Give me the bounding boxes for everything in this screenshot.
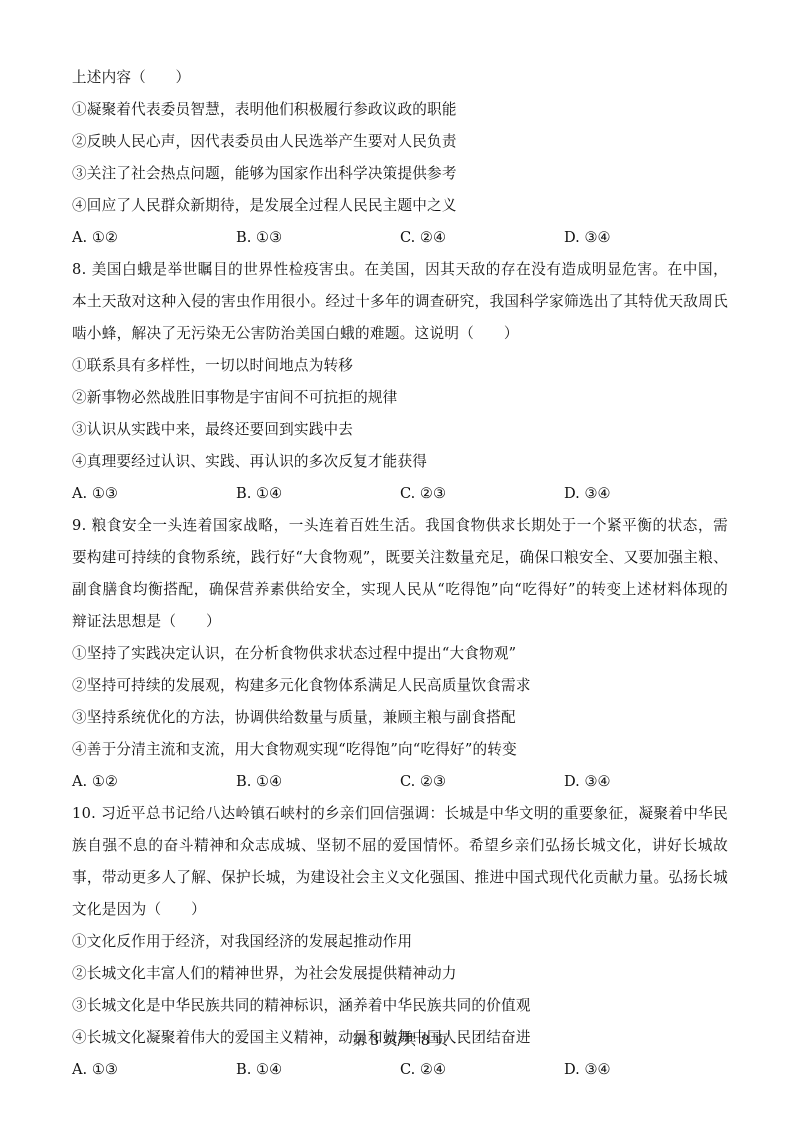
statement-1: ①凝聚着代表委员智慧，表明他们积极履行参政议政的职能 [72, 94, 728, 126]
answer-options: A. ①② B. ①③ C. ②④ D. ③④ [72, 222, 728, 254]
option-a: A. ①③ [72, 478, 236, 510]
answer-options: A. ①③ B. ①④ C. ②④ D. ③④ [72, 1054, 728, 1086]
question-stem: 8. 美国白蛾是举世瞩目的世界性检疫害虫。在美国，因其天敌的存在没有造成明显危害… [72, 254, 728, 350]
page-number: 第 3 页/共 8 页 [0, 1030, 800, 1050]
question-7: 上述内容（ ） ①凝聚着代表委员智慧，表明他们积极履行参政议政的职能 ②反映人民… [72, 62, 728, 254]
statement-2: ②长城文化丰富人们的精神世界，为社会发展提供精神动力 [72, 958, 728, 990]
statement-1: ①坚持了实践决定认识，在分析食物供求状态过程中提出“大食物观” [72, 638, 728, 670]
statement-2: ②新事物必然战胜旧事物是宇宙间不可抗拒的规律 [72, 382, 728, 414]
question-stem-tail: 上述内容（ ） [72, 62, 728, 94]
answer-options: A. ①② B. ①④ C. ②③ D. ③④ [72, 766, 728, 798]
question-stem: 9. 粮食安全一头连着国家战略，一头连着百姓生活。我国食物供求长期处于一个紧平衡… [72, 510, 728, 638]
statement-3: ③坚持系统优化的方法，协调供给数量与质量，兼顾主粮与副食搭配 [72, 702, 728, 734]
option-b: B. ①④ [236, 478, 400, 510]
exam-page: 上述内容（ ） ①凝聚着代表委员智慧，表明他们积极履行参政议政的职能 ②反映人民… [72, 62, 728, 1086]
option-a: A. ①② [72, 766, 236, 798]
statement-1: ①文化反作用于经济，对我国经济的发展起推动作用 [72, 926, 728, 958]
statement-4: ④回应了人民群众新期待，是发展全过程人民民主题中之义 [72, 190, 728, 222]
answer-options: A. ①③ B. ①④ C. ②③ D. ③④ [72, 478, 728, 510]
statement-4: ④真理要经过认识、实践、再认识的多次反复才能获得 [72, 446, 728, 478]
statement-3: ③关注了社会热点问题，能够为国家作出科学决策提供参考 [72, 158, 728, 190]
statement-1: ①联系具有多样性，一切以时间地点为转移 [72, 350, 728, 382]
option-c: C. ②③ [400, 478, 564, 510]
option-a: A. ①② [72, 222, 236, 254]
option-b: B. ①③ [236, 222, 400, 254]
option-b: B. ①④ [236, 766, 400, 798]
option-d: D. ③④ [564, 222, 728, 254]
option-c: C. ②④ [400, 1054, 564, 1086]
option-c: C. ②③ [400, 766, 564, 798]
option-c: C. ②④ [400, 222, 564, 254]
statement-4: ④善于分清主流和支流，用大食物观实现“吃得饱”向“吃得好”的转变 [72, 734, 728, 766]
option-d: D. ③④ [564, 1054, 728, 1086]
option-b: B. ①④ [236, 1054, 400, 1086]
question-8: 8. 美国白蛾是举世瞩目的世界性检疫害虫。在美国，因其天敌的存在没有造成明显危害… [72, 254, 728, 510]
option-a: A. ①③ [72, 1054, 236, 1086]
statement-2: ②反映人民心声，因代表委员由人民选举产生要对人民负责 [72, 126, 728, 158]
option-d: D. ③④ [564, 478, 728, 510]
statement-2: ②坚持可持续的发展观，构建多元化食物体系满足人民高质量饮食需求 [72, 670, 728, 702]
option-d: D. ③④ [564, 766, 728, 798]
question-9: 9. 粮食安全一头连着国家战略，一头连着百姓生活。我国食物供求长期处于一个紧平衡… [72, 510, 728, 798]
question-stem: 10. 习近平总书记给八达岭镇石峡村的乡亲们回信强调：长城是中华文明的重要象征，… [72, 798, 728, 926]
statement-3: ③长城文化是中华民族共同的精神标识，涵养着中华民族共同的价值观 [72, 990, 728, 1022]
statement-3: ③认识从实践中来，最终还要回到实践中去 [72, 414, 728, 446]
